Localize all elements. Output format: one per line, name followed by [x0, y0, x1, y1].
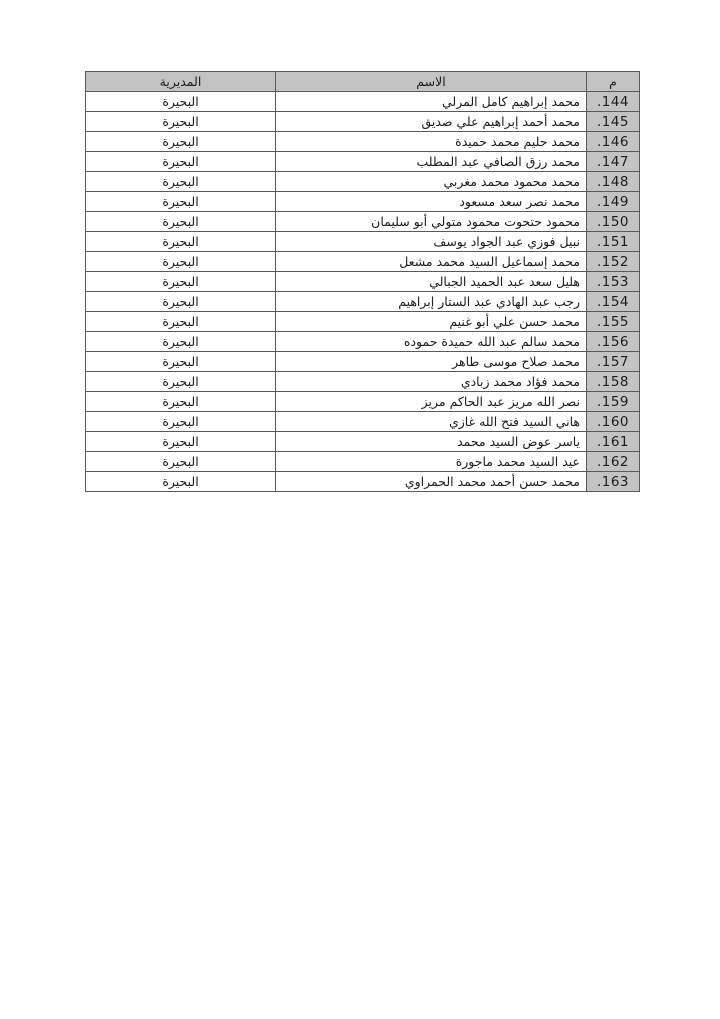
table-row: 154. رجب عبد الهادي عبد الستار إبراهيم ا… — [86, 292, 640, 312]
table-body: 144. محمد إبراهيم كامل المرلي البحيرة 14… — [86, 92, 640, 492]
table-row: 159. نصر الله مريز عبد الحاكم مريز البحي… — [86, 392, 640, 412]
row-number-cell: 152. — [587, 252, 640, 272]
row-number-cell: 157. — [587, 352, 640, 372]
row-name-cell: محمد رزق الصافي عبد المطلب — [276, 152, 587, 172]
row-name-cell: هاني السيد فتح الله غازي — [276, 412, 587, 432]
header-cell-number: م — [587, 72, 640, 92]
row-number-cell: 163. — [587, 472, 640, 492]
row-district-cell: البحيرة — [86, 252, 276, 272]
table-row: 152. محمد إسماعيل السيد محمد مشعل البحير… — [86, 252, 640, 272]
row-district-cell: البحيرة — [86, 352, 276, 372]
row-number-cell: 160. — [587, 412, 640, 432]
row-district-cell: البحيرة — [86, 412, 276, 432]
table-row: 163. محمد حسن أحمد محمد الحمراوي البحيرة — [86, 472, 640, 492]
row-number-cell: 151. — [587, 232, 640, 252]
row-district-cell: البحيرة — [86, 132, 276, 152]
table-row: 150. محمود حتحوت محمود متولي أبو سليمان … — [86, 212, 640, 232]
row-name-cell: محمد إسماعيل السيد محمد مشعل — [276, 252, 587, 272]
table-row: 153. هليل سعد عبد الحميد الجبالي البحيرة — [86, 272, 640, 292]
row-number-cell: 153. — [587, 272, 640, 292]
row-name-cell: محمد حسن أحمد محمد الحمراوي — [276, 472, 587, 492]
table-row: 160. هاني السيد فتح الله غازي البحيرة — [86, 412, 640, 432]
table-row: 157. محمد صلاح موسى طاهر البحيرة — [86, 352, 640, 372]
table-row: 158. محمد فؤاد محمد زبادي البحيرة — [86, 372, 640, 392]
row-number-cell: 150. — [587, 212, 640, 232]
row-name-cell: محمد نصر سعد مسعود — [276, 192, 587, 212]
row-district-cell: البحيرة — [86, 212, 276, 232]
row-district-cell: البحيرة — [86, 432, 276, 452]
row-name-cell: نبيل فوزي عبد الجواد يوسف — [276, 232, 587, 252]
row-district-cell: البحيرة — [86, 112, 276, 132]
row-number-cell: 148. — [587, 172, 640, 192]
table-row: 151. نبيل فوزي عبد الجواد يوسف البحيرة — [86, 232, 640, 252]
names-table: م الاسم المديرية 144. محمد إبراهيم كامل … — [85, 71, 640, 492]
row-number-cell: 149. — [587, 192, 640, 212]
row-name-cell: محمود حتحوت محمود متولي أبو سليمان — [276, 212, 587, 232]
row-name-cell: محمد أحمد إبراهيم علي صديق — [276, 112, 587, 132]
row-district-cell: البحيرة — [86, 312, 276, 332]
row-district-cell: البحيرة — [86, 232, 276, 252]
row-name-cell: محمد إبراهيم كامل المرلي — [276, 92, 587, 112]
row-district-cell: البحيرة — [86, 452, 276, 472]
table-row: 162. عيد السيد محمد ماجورة البحيرة — [86, 452, 640, 472]
row-number-cell: 159. — [587, 392, 640, 412]
row-name-cell: هليل سعد عبد الحميد الجبالي — [276, 272, 587, 292]
table-row: 144. محمد إبراهيم كامل المرلي البحيرة — [86, 92, 640, 112]
row-name-cell: محمد صلاح موسى طاهر — [276, 352, 587, 372]
table-header-row: م الاسم المديرية — [86, 72, 640, 92]
row-number-cell: 158. — [587, 372, 640, 392]
row-number-cell: 154. — [587, 292, 640, 312]
table-row: 145. محمد أحمد إبراهيم علي صديق البحيرة — [86, 112, 640, 132]
document-page: م الاسم المديرية 144. محمد إبراهيم كامل … — [0, 0, 720, 1019]
table-row: 148. محمد محمود محمد مغربي البحيرة — [86, 172, 640, 192]
row-number-cell: 161. — [587, 432, 640, 452]
row-number-cell: 156. — [587, 332, 640, 352]
table-row: 161. ياسر عوض السيد محمد البحيرة — [86, 432, 640, 452]
row-district-cell: البحيرة — [86, 152, 276, 172]
row-district-cell: البحيرة — [86, 332, 276, 352]
row-number-cell: 162. — [587, 452, 640, 472]
row-district-cell: البحيرة — [86, 192, 276, 212]
row-name-cell: محمد حليم محمد حميدة — [276, 132, 587, 152]
row-name-cell: محمد فؤاد محمد زبادي — [276, 372, 587, 392]
table-row: 147. محمد رزق الصافي عبد المطلب البحيرة — [86, 152, 640, 172]
table-row: 149. محمد نصر سعد مسعود البحيرة — [86, 192, 640, 212]
row-district-cell: البحيرة — [86, 172, 276, 192]
row-name-cell: عيد السيد محمد ماجورة — [276, 452, 587, 472]
row-name-cell: رجب عبد الهادي عبد الستار إبراهيم — [276, 292, 587, 312]
row-number-cell: 147. — [587, 152, 640, 172]
row-district-cell: البحيرة — [86, 472, 276, 492]
header-cell-name: الاسم — [276, 72, 587, 92]
row-name-cell: ياسر عوض السيد محمد — [276, 432, 587, 452]
row-name-cell: محمد حسن علي أبو غنيم — [276, 312, 587, 332]
row-name-cell: محمد سالم عبد الله حميدة حموده — [276, 332, 587, 352]
row-district-cell: البحيرة — [86, 272, 276, 292]
table-row: 156. محمد سالم عبد الله حميدة حموده البح… — [86, 332, 640, 352]
row-district-cell: البحيرة — [86, 292, 276, 312]
row-number-cell: 146. — [587, 132, 640, 152]
table-row: 146. محمد حليم محمد حميدة البحيرة — [86, 132, 640, 152]
row-number-cell: 144. — [587, 92, 640, 112]
table-row: 155. محمد حسن علي أبو غنيم البحيرة — [86, 312, 640, 332]
row-district-cell: البحيرة — [86, 392, 276, 412]
header-cell-district: المديرية — [86, 72, 276, 92]
row-district-cell: البحيرة — [86, 372, 276, 392]
row-district-cell: البحيرة — [86, 92, 276, 112]
row-name-cell: نصر الله مريز عبد الحاكم مريز — [276, 392, 587, 412]
row-name-cell: محمد محمود محمد مغربي — [276, 172, 587, 192]
row-number-cell: 145. — [587, 112, 640, 132]
row-number-cell: 155. — [587, 312, 640, 332]
